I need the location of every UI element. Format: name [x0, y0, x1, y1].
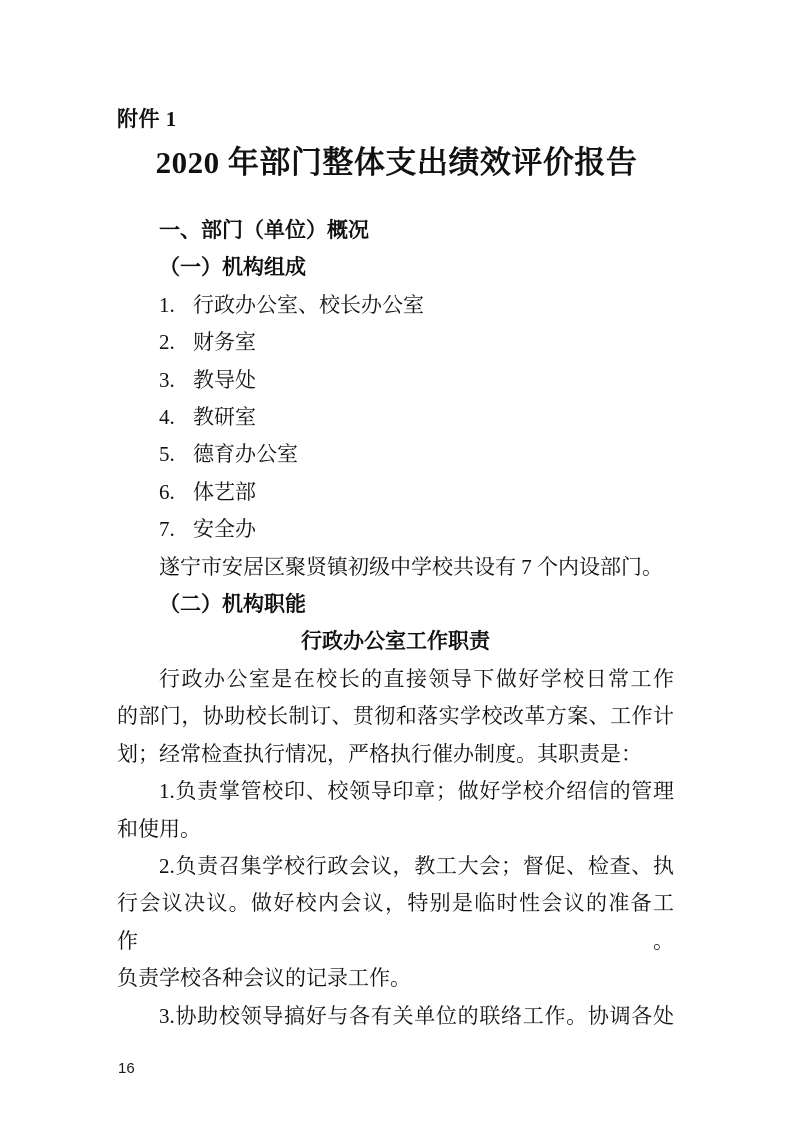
- department-item: 7.安全办: [117, 511, 674, 548]
- duty-paragraph-line: 行会议决议。做好校内会议，特别是临时性会议的准备工作。: [117, 885, 674, 960]
- department-number: 6.: [159, 474, 193, 511]
- department-item: 1.行政办公室、校长办公室: [117, 287, 674, 324]
- office-duty-title: 行政办公室工作职责: [117, 623, 674, 660]
- department-name: 安全办: [193, 517, 256, 541]
- attachment-label: 附件 1: [117, 103, 177, 133]
- composition-summary: 遂宁市安居区聚贤镇初级中学校共设有 7 个内设部门。: [117, 549, 674, 586]
- duty-paragraph-line: 3.协助校领导搞好与各有关单位的联络工作。协调各处: [117, 998, 674, 1035]
- department-name: 教导处: [193, 368, 256, 392]
- duty-paragraph-line: 负责学校各种会议的记录工作。: [117, 960, 674, 997]
- department-number: 2.: [159, 324, 193, 361]
- department-number: 5.: [159, 436, 193, 473]
- document-page: 附件 1 2020 年部门整体支出绩效评价报告 一、部门（单位）概况 （一）机构…: [0, 0, 793, 1122]
- department-number: 3.: [159, 362, 193, 399]
- department-name: 行政办公室、校长办公室: [193, 293, 424, 317]
- department-name: 体艺部: [193, 480, 256, 504]
- department-item: 5.德育办公室: [117, 436, 674, 473]
- duty-paragraph-line: 2.负责召集学校行政会议，教工大会；督促、检查、执: [117, 848, 674, 885]
- document-title: 2020 年部门整体支出绩效评价报告: [0, 137, 793, 182]
- department-number: 7.: [159, 511, 193, 548]
- section-heading-overview: 一、部门（单位）概况: [117, 212, 674, 249]
- department-number: 4.: [159, 399, 193, 436]
- department-item: 2.财务室: [117, 324, 674, 361]
- department-item: 4.教研室: [117, 399, 674, 436]
- duty-paragraph-line: 1.负责掌管校印、校领导印章；做好学校介绍信的管理: [117, 773, 674, 810]
- department-name: 财务室: [193, 330, 256, 354]
- department-name: 教研室: [193, 405, 256, 429]
- subsection-heading-function: （二）机构职能: [117, 586, 674, 623]
- department-item: 3.教导处: [117, 362, 674, 399]
- page-number: 16: [118, 1060, 135, 1077]
- department-name: 德育办公室: [193, 442, 298, 466]
- duty-intro-line: 划；经常检查执行情况，严格执行催办制度。其职责是：: [117, 736, 674, 773]
- department-item: 6.体艺部: [117, 474, 674, 511]
- duty-paragraph-line: 和使用。: [117, 811, 674, 848]
- duty-intro-line: 行政办公室是在校长的直接领导下做好学校日常工作: [117, 661, 674, 698]
- subsection-heading-composition: （一）机构组成: [117, 249, 674, 286]
- department-number: 1.: [159, 287, 193, 324]
- duty-intro-line: 的部门，协助校长制订、贯彻和落实学校改革方案、工作计: [117, 698, 674, 735]
- document-body: 一、部门（单位）概况 （一）机构组成 1.行政办公室、校长办公室 2.财务室 3…: [117, 212, 674, 1035]
